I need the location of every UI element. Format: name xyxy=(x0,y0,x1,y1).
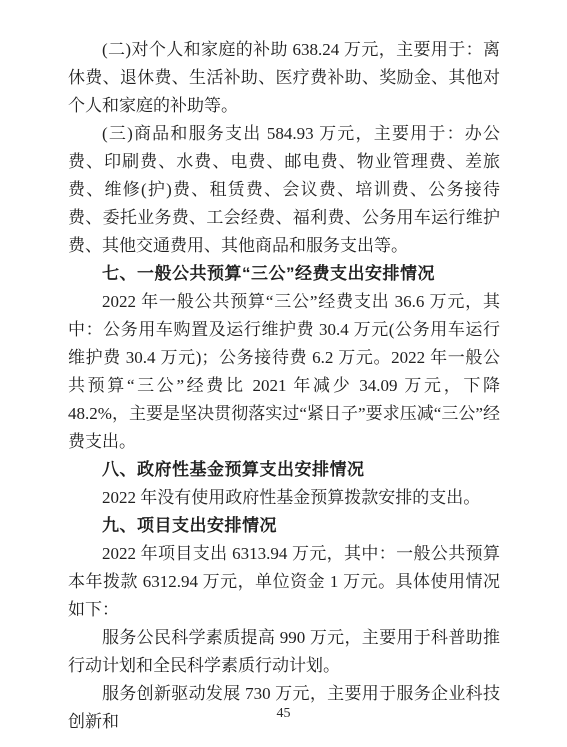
paragraph: 2022 年一般公共预算“三公”经费支出 36.6 万元，其中：公务用车购置及运… xyxy=(68,288,500,456)
paragraph: (二)对个人和家庭的补助 638.24 万元，主要用于：离休费、退休费、生活补助… xyxy=(68,36,500,120)
section-heading: 八、政府性基金预算支出安排情况 xyxy=(68,456,500,484)
document-page: (二)对个人和家庭的补助 638.24 万元，主要用于：离休费、退休费、生活补助… xyxy=(0,0,567,747)
section-heading: 九、项目支出安排情况 xyxy=(68,512,500,540)
section-heading: 七、一般公共预算“三公”经费支出安排情况 xyxy=(68,260,500,288)
document-body: (二)对个人和家庭的补助 638.24 万元，主要用于：离休费、退休费、生活补助… xyxy=(68,36,500,736)
paragraph: (三)商品和服务支出 584.93 万元，主要用于：办公费、印刷费、水费、电费、… xyxy=(68,120,500,260)
paragraph: 2022 年项目支出 6313.94 万元，其中：一般公共预算本年拨款 6312… xyxy=(68,540,500,624)
paragraph: 2022 年没有使用政府性基金预算拨款安排的支出。 xyxy=(68,484,500,512)
paragraph: 服务公民科学素质提高 990 万元，主要用于科普助推行动计划和全民科学素质行动计… xyxy=(68,624,500,680)
page-number: 45 xyxy=(0,706,567,722)
